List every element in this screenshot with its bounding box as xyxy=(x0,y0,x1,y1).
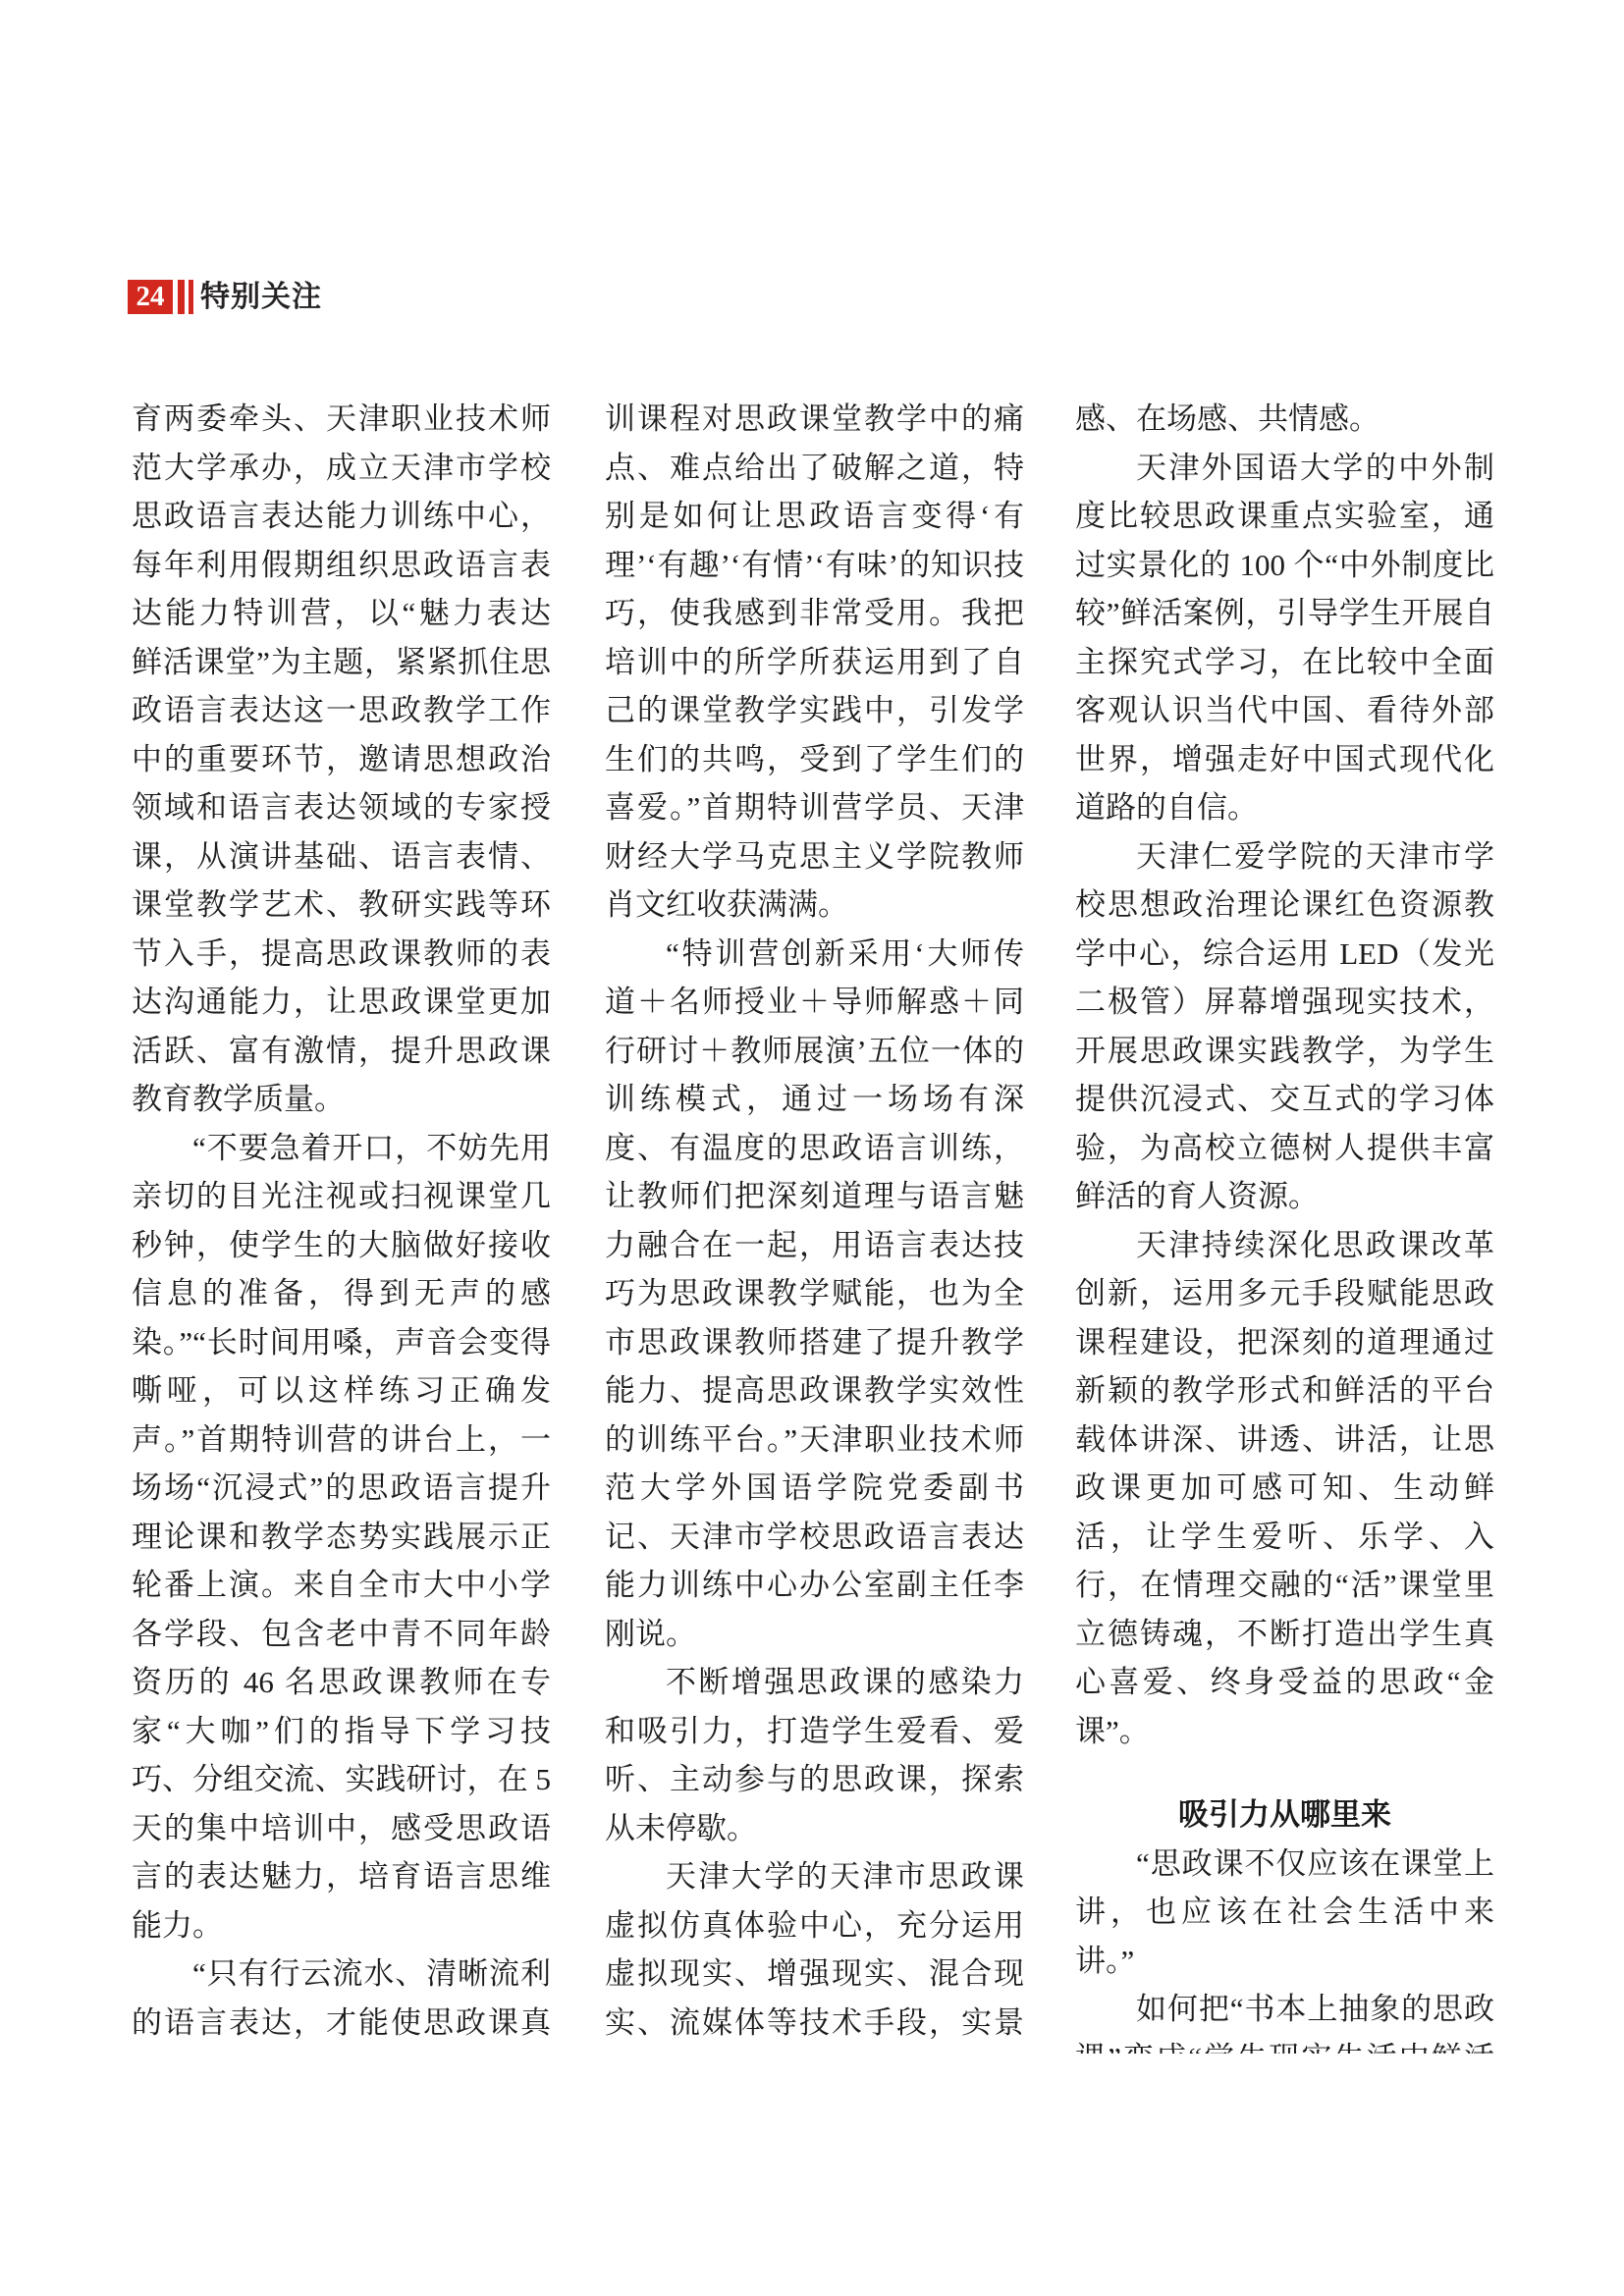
paragraph: 天津持续深化思政课改革创新，运用多元手段赋能思政课程建设，把深刻的道理通过新颖的… xyxy=(1075,1221,1494,1756)
page-number-badge: 24 xyxy=(128,280,173,314)
header-rule-bar-thin xyxy=(189,280,193,314)
paragraph: “不要急着开口，不妨先用亲切的目光注视或扫视课堂几秒钟，使学生的大脑做好接收信息… xyxy=(132,1124,551,1950)
text-column-3: 感、在场感、共情感。 天津外国语大学的中外制度比较思政课重点实验室，通过实景化的… xyxy=(1075,395,1494,2054)
text-column-2: 训课程对思政课堂教学中的痛点、难点给出了破解之道，特别是如何让思政语言变得‘有理… xyxy=(605,395,1024,2054)
header-rule-bar-thick xyxy=(178,280,185,314)
section-title: 特别关注 xyxy=(200,282,322,313)
paragraph: “特训营创新采用‘大师传道＋名师授业＋导师解惑＋同行研讨＋教师展演’五位一体的训… xyxy=(605,930,1024,1659)
paragraph: 感、在场感、共情感。 xyxy=(1075,395,1494,444)
paragraph: 如何把“书本上抽象的思政课”变成“学生现实生活中鲜活的思政课”，让学生们在社会大… xyxy=(1075,1985,1494,2054)
magazine-page: 24 特别关注 育两委牵头、天津职业技术师范大学承办，成立天津市学校思政语言表达… xyxy=(0,0,1624,2296)
text-column-1: 育两委牵头、天津职业技术师范大学承办，成立天津市学校思政语言表达能力训练中心，每… xyxy=(132,395,551,2054)
column-subhead: 吸引力从哪里来 xyxy=(1075,1790,1494,1840)
paragraph: 天津外国语大学的中外制度比较思政课重点实验室，通过实景化的 100 个“中外制度… xyxy=(1075,444,1494,832)
paragraph: “思政课不仅应该在课堂上讲，也应该在社会生活中来讲。” xyxy=(1075,1840,1494,1986)
paragraph: “只有行云流水、清晰流利的语言表达，才能使思政课真正达到激荡心灵、启智润心的教学… xyxy=(132,1949,551,2054)
paragraph: 不断增强思政课的感染力和吸引力，打造学生爱看、爱听、主动参与的思政课，探索从未停… xyxy=(605,1658,1024,1852)
paragraph: 育两委牵头、天津职业技术师范大学承办，成立天津市学校思政语言表达能力训练中心，每… xyxy=(132,395,551,1124)
paragraph: 天津仁爱学院的天津市学校思想政治理论课红色资源教学中心，综合运用 LED（发光二… xyxy=(1075,832,1494,1221)
paragraph: 训课程对思政课堂教学中的痛点、难点给出了破解之道，特别是如何让思政语言变得‘有理… xyxy=(605,395,1024,930)
paragraph: 天津大学的天津市思政课虚拟仿真体验中心，充分运用虚拟现实、增强现实、混合现实、流… xyxy=(605,1852,1024,2054)
